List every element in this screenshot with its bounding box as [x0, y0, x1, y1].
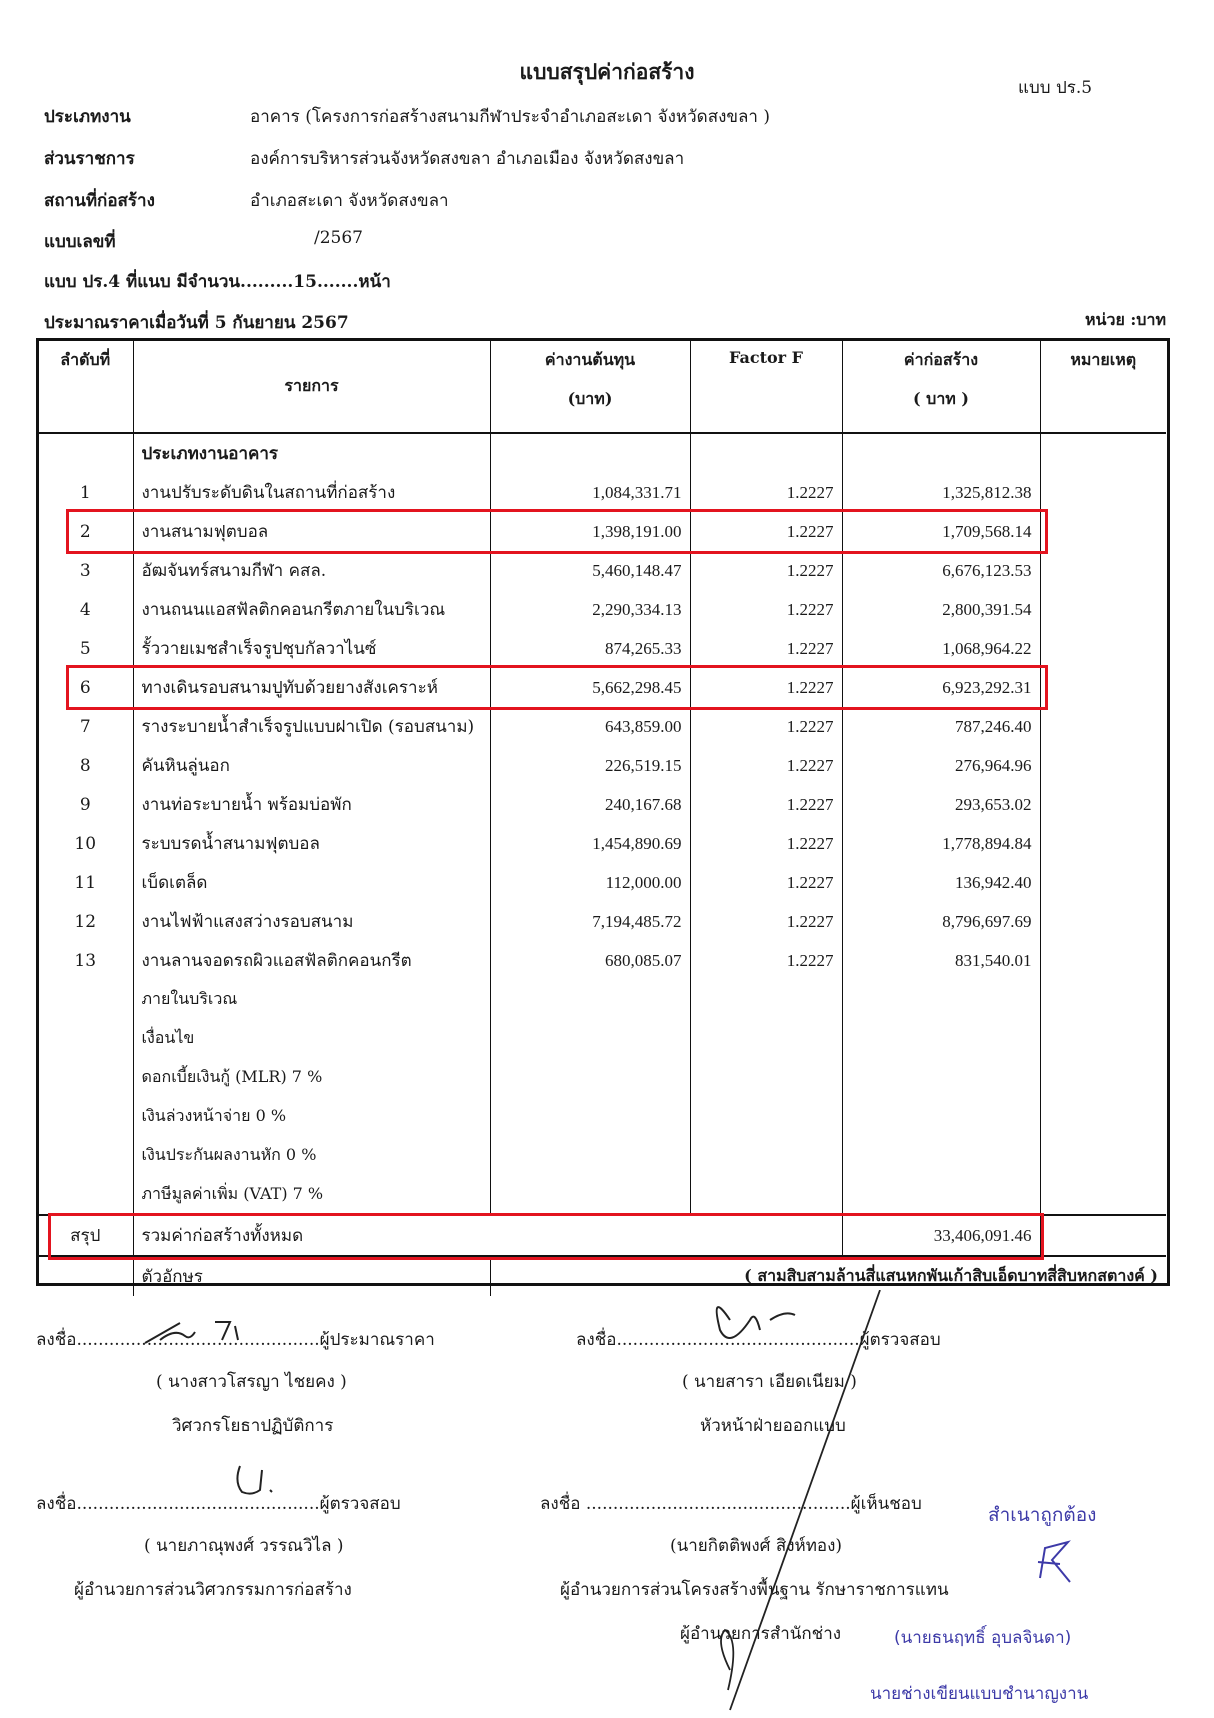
- row-item: งานลานจอดรถผิวแอสฟัลติกคอนกรีต: [133, 941, 490, 980]
- row-factor: 1.2227: [690, 629, 842, 668]
- empty-cell: [690, 1019, 842, 1058]
- table-row: 2งานสนามฟุตบอล1,398,191.001.22271,709,56…: [38, 512, 1166, 551]
- empty-cell: [38, 980, 133, 1019]
- category-row: ประเภทงานอาคาร: [38, 433, 1166, 473]
- estimate-date: ประมาณราคาเมื่อวันที่ 5 กันยายน 2567: [44, 309, 349, 336]
- words-label: ตัวอักษร: [133, 1256, 490, 1296]
- row-no: 10: [38, 824, 133, 863]
- row-item: งานท่อระบายน้ำ พร้อมบ่อพัก: [133, 785, 490, 824]
- table-row: 8คันหินลู่นอก226,519.151.2227276,964.96: [38, 746, 1166, 785]
- signature-line-checker-2: ลงชื่อ..................................…: [36, 1490, 401, 1517]
- table-header-row: ลำดับที่ รายการ ค่างานต้นทุน(บาท) Factor…: [38, 340, 1166, 433]
- row-total: 787,246.40: [842, 707, 1040, 746]
- row-remark: [1040, 590, 1166, 629]
- row-factor: 1.2227: [690, 707, 842, 746]
- row-remark: [1040, 785, 1166, 824]
- signature-line-checker-1: ลงชื่อ..................................…: [576, 1326, 941, 1353]
- row-no: 5: [38, 629, 133, 668]
- header-factor: Factor F: [690, 340, 842, 433]
- row-no: 8: [38, 746, 133, 785]
- row-total: 1,778,894.84: [842, 824, 1040, 863]
- row-cost: 1,398,191.00: [490, 512, 690, 551]
- row-total: 6,676,123.53: [842, 551, 1040, 590]
- note-text: เงื่อนไข: [133, 1019, 490, 1058]
- empty-cell: [1040, 1175, 1166, 1215]
- empty-cell: [38, 1175, 133, 1215]
- header-no: ลำดับที่: [38, 340, 133, 433]
- table-row: 5รั้ววายเมชสำเร็จรูปชุบกัลวาไนซ์874,265.…: [38, 629, 1166, 668]
- signature-name-checker-2: ( นายภาณุพงศ์ วรรณวิไล ): [144, 1532, 344, 1559]
- empty-cell: [1040, 1058, 1166, 1097]
- row-cost: 226,519.15: [490, 746, 690, 785]
- row-remark: [1040, 668, 1166, 707]
- condition-row: เงินประกันผลงานหัก 0 %: [38, 1136, 1166, 1175]
- row-item: ทางเดินรอบสนามปูทับด้วยยางสังเคราะห์: [133, 668, 490, 707]
- condition-text: เงินประกันผลงานหัก 0 %: [133, 1136, 490, 1175]
- row-cost: 874,265.33: [490, 629, 690, 668]
- row-no: 6: [38, 668, 133, 707]
- condition-row: ภาษีมูลค่าเพิ่ม (VAT) 7 %: [38, 1175, 1166, 1215]
- table-row: 10ระบบรดน้ำสนามฟุตบอล1,454,890.691.22271…: [38, 824, 1166, 863]
- row-cost: 643,859.00: [490, 707, 690, 746]
- condition-text: ภาษีมูลค่าเพิ่ม (VAT) 7 %: [133, 1175, 490, 1215]
- empty-cell: [842, 1058, 1040, 1097]
- form-code: แบบ ปร.5: [1018, 74, 1092, 101]
- table-row: 11เบ็ดเตล็ด112,000.001.2227136,942.40: [38, 863, 1166, 902]
- row-cost: 1,084,331.71: [490, 473, 690, 512]
- empty-cell: [490, 1058, 690, 1097]
- stamp-position: นายช่างเขียนแบบชำนาญงาน: [870, 1680, 1088, 1707]
- row-item: ระบบรดน้ำสนามฟุตบอล: [133, 824, 490, 863]
- row-cost: 5,460,148.47: [490, 551, 690, 590]
- condition-text: เงินล่วงหน้าจ่าย 0 %: [133, 1097, 490, 1136]
- table-row: 3 อัฒจันทร์สนามกีฬา คสล.5,460,148.471.22…: [38, 551, 1166, 590]
- row-remark: [1040, 512, 1166, 551]
- row-no: 2: [38, 512, 133, 551]
- signature-position2-approver: ผู้อำนวยการสำนักช่าง: [680, 1620, 841, 1647]
- header-remark: หมายเหตุ: [1040, 340, 1166, 433]
- row-cost: 240,167.68: [490, 785, 690, 824]
- signature-name-approver: (นายกิตติพงศ์ สิงห์ทอง): [670, 1532, 842, 1559]
- attachment-line: แบบ ปร.4 ที่แนบ มีจำนวน.........15......…: [44, 268, 391, 295]
- meta-label-agency: ส่วนราชการ: [44, 145, 135, 172]
- table-row: 13งานลานจอดรถผิวแอสฟัลติกคอนกรีต680,085.…: [38, 941, 1166, 980]
- stamp-certified: สำเนาถูกต้อง: [988, 1500, 1096, 1530]
- row-item: คันหินลู่นอก: [133, 746, 490, 785]
- empty-cell: [38, 1136, 133, 1175]
- signature-position-approver: ผู้อำนวยการส่วนโครงสร้างพื้นฐาน รักษาราช…: [560, 1576, 949, 1603]
- summary-row: สรุปรวมค่าก่อสร้างทั้งหมด33,406,091.46: [38, 1215, 1166, 1256]
- meta-label-plan-no: แบบเลขที่: [44, 228, 116, 255]
- row-factor: 1.2227: [690, 590, 842, 629]
- row-factor: 1.2227: [690, 473, 842, 512]
- row-factor: 1.2227: [690, 668, 842, 707]
- row-item: งานไฟฟ้าแสงสว่างรอบสนาม: [133, 902, 490, 941]
- row-factor: 1.2227: [690, 902, 842, 941]
- row-no: 13: [38, 941, 133, 980]
- row-item: งานถนนแอสฟัลติกคอนกรีตภายในบริเวณ: [133, 590, 490, 629]
- meta-label-location: สถานที่ก่อสร้าง: [44, 187, 155, 214]
- row-total: 1,709,568.14: [842, 512, 1040, 551]
- empty-cell: [842, 1019, 1040, 1058]
- signature-line-estimator: ลงชื่อ..................................…: [36, 1326, 435, 1353]
- table-row: 6ทางเดินรอบสนามปูทับด้วยยางสังเคราะห์5,6…: [38, 668, 1166, 707]
- table-row: 7รางระบายน้ำสำเร็จรูปแบบฝาเปิด (รอบสนาม)…: [38, 707, 1166, 746]
- amount-in-words-row: ตัวอักษร( สามสิบสามล้านสี่แสนหกพันเก้าสิ…: [38, 1256, 1166, 1296]
- words-text: ( สามสิบสามล้านสี่แสนหกพันเก้าสิบเอ็ดบาท…: [490, 1256, 1166, 1296]
- meta-value-work-type: อาคาร (โครงการก่อสร้างสนามกีฬาประจำอำเภอ…: [250, 103, 770, 130]
- empty-cell: [1040, 980, 1166, 1019]
- row-remark: [1040, 941, 1166, 980]
- meta-value-plan-no: /2567: [314, 228, 363, 248]
- table-row-note: ภายในบริเวณ: [38, 980, 1166, 1019]
- row-factor: 1.2227: [690, 512, 842, 551]
- row-total: 6,923,292.31: [842, 668, 1040, 707]
- meta-label-work-type: ประเภทงาน: [44, 103, 131, 130]
- category-label: ประเภทงานอาคาร: [133, 433, 490, 473]
- row-cost: 680,085.07: [490, 941, 690, 980]
- empty-cell: [842, 1136, 1040, 1175]
- empty-cell: [490, 1097, 690, 1136]
- row-total: 1,068,964.22: [842, 629, 1040, 668]
- empty-cell: [38, 1019, 133, 1058]
- empty-cell: [690, 1175, 842, 1215]
- row-no: 11: [38, 863, 133, 902]
- header-cost: ค่างานต้นทุน(บาท): [490, 340, 690, 433]
- meta-value-agency: องค์การบริหารส่วนจังหวัดสงขลา อำเภอเมือง…: [250, 145, 684, 172]
- empty-cell: [1040, 1019, 1166, 1058]
- empty-cell: [490, 980, 690, 1019]
- row-no: 12: [38, 902, 133, 941]
- table-row: 9งานท่อระบายน้ำ พร้อมบ่อพัก240,167.681.2…: [38, 785, 1166, 824]
- empty-cell: [842, 980, 1040, 1019]
- row-total: 1,325,812.38: [842, 473, 1040, 512]
- row-factor: 1.2227: [690, 551, 842, 590]
- table-row: 1งานปรับระดับดินในสถานที่ก่อสร้าง1,084,3…: [38, 473, 1166, 512]
- signature-name-checker-1: ( นายสารา เอียดเนียม ): [682, 1368, 857, 1395]
- summary-label: สรุป: [38, 1215, 133, 1256]
- stamp-name: (นายธนฤทธิ์ อุบลจินดา): [894, 1624, 1071, 1651]
- row-item: งานสนามฟุตบอล: [133, 512, 490, 551]
- row-item: งานปรับระดับดินในสถานที่ก่อสร้าง: [133, 473, 490, 512]
- signature-line-approver: ลงชื่อ .................................…: [540, 1490, 922, 1517]
- empty-cell: [38, 1058, 133, 1097]
- row-factor: 1.2227: [690, 863, 842, 902]
- row-remark: [1040, 707, 1166, 746]
- stamp-signature-icon: [1030, 1538, 1080, 1588]
- row-factor: 1.2227: [690, 941, 842, 980]
- row-factor: 1.2227: [690, 824, 842, 863]
- empty-cell: [842, 1175, 1040, 1215]
- unit-label: หน่วย :บาท: [1085, 308, 1166, 333]
- empty-cell: [1040, 1097, 1166, 1136]
- row-total: 293,653.02: [842, 785, 1040, 824]
- row-total: 2,800,391.54: [842, 590, 1040, 629]
- empty-cell: [842, 1097, 1040, 1136]
- empty-cell: [490, 1175, 690, 1215]
- row-no: 1: [38, 473, 133, 512]
- signature-name-estimator: ( นางสาวโสรญา ไชยคง ): [156, 1368, 347, 1395]
- signature-position-estimator: วิศวกรโยธาปฏิบัติการ: [172, 1412, 333, 1439]
- table-row-note: เงื่อนไข: [38, 1019, 1166, 1058]
- empty-cell: [490, 1136, 690, 1175]
- row-no: 9: [38, 785, 133, 824]
- row-cost: 112,000.00: [490, 863, 690, 902]
- empty-cell: [490, 1019, 690, 1058]
- row-total: 136,942.40: [842, 863, 1040, 902]
- empty-cell: [690, 1058, 842, 1097]
- summary-total: 33,406,091.46: [842, 1215, 1040, 1256]
- condition-row: เงินล่วงหน้าจ่าย 0 %: [38, 1097, 1166, 1136]
- row-remark: [1040, 551, 1166, 590]
- empty-cell: [690, 1136, 842, 1175]
- header-construction: ค่าก่อสร้าง( บาท ): [842, 340, 1040, 433]
- condition-text: ดอกเบี้ยเงินกู้ (MLR) 7 %: [133, 1058, 490, 1097]
- row-no: 7: [38, 707, 133, 746]
- empty-cell: [38, 1256, 133, 1296]
- table-row: 12งานไฟฟ้าแสงสว่างรอบสนาม7,194,485.721.2…: [38, 902, 1166, 941]
- row-cost: 7,194,485.72: [490, 902, 690, 941]
- row-item: รางระบายน้ำสำเร็จรูปแบบฝาเปิด (รอบสนาม): [133, 707, 490, 746]
- cost-summary-table: ลำดับที่ รายการ ค่างานต้นทุน(บาท) Factor…: [38, 340, 1166, 1296]
- meta-value-location: อำเภอสะเดา จังหวัดสงขลา: [250, 187, 449, 214]
- row-cost: 1,454,890.69: [490, 824, 690, 863]
- row-no: 3: [38, 551, 133, 590]
- row-no: 4: [38, 590, 133, 629]
- row-cost: 2,290,334.13: [490, 590, 690, 629]
- empty-cell: [1040, 1136, 1166, 1175]
- row-remark: [1040, 473, 1166, 512]
- signature-position-checker-2: ผู้อำนวยการส่วนวิศวกรรมการก่อสร้าง: [74, 1576, 352, 1603]
- signature-position-checker-1: หัวหน้าฝ่ายออกแบบ: [700, 1412, 846, 1439]
- row-remark: [1040, 746, 1166, 785]
- empty-cell: [690, 980, 842, 1019]
- row-total: 831,540.01: [842, 941, 1040, 980]
- empty-cell: [690, 1097, 842, 1136]
- empty-cell: [38, 1097, 133, 1136]
- row-total: 8,796,697.69: [842, 902, 1040, 941]
- note-text: ภายในบริเวณ: [133, 980, 490, 1019]
- row-item: เบ็ดเตล็ด: [133, 863, 490, 902]
- summary-text: รวมค่าก่อสร้างทั้งหมด: [133, 1215, 842, 1256]
- condition-row: ดอกเบี้ยเงินกู้ (MLR) 7 %: [38, 1058, 1166, 1097]
- header-item: รายการ: [133, 340, 490, 433]
- row-item: รั้ววายเมชสำเร็จรูปชุบกัลวาไนซ์: [133, 629, 490, 668]
- row-remark: [1040, 629, 1166, 668]
- empty-cell: [1040, 1215, 1166, 1256]
- row-cost: 5,662,298.45: [490, 668, 690, 707]
- row-remark: [1040, 902, 1166, 941]
- row-factor: 1.2227: [690, 746, 842, 785]
- row-remark: [1040, 863, 1166, 902]
- row-remark: [1040, 824, 1166, 863]
- row-item: อัฒจันทร์สนามกีฬา คสล.: [133, 551, 490, 590]
- row-factor: 1.2227: [690, 785, 842, 824]
- row-total: 276,964.96: [842, 746, 1040, 785]
- table-row: 4งานถนนแอสฟัลติกคอนกรีตภายในบริเวณ2,290,…: [38, 590, 1166, 629]
